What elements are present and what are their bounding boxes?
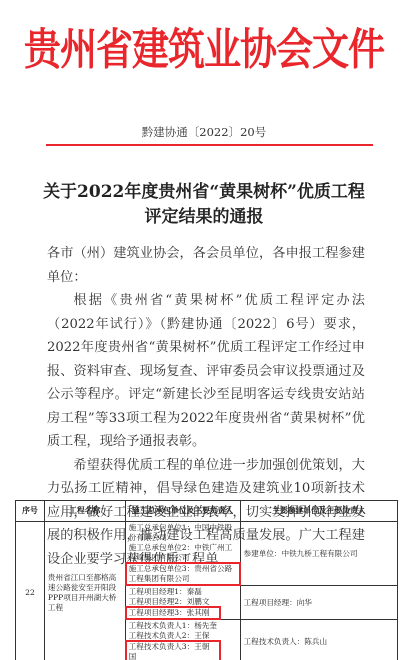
contractor-2: 施工总承包单位2：中铁广州工程局集团有限公司: [129, 543, 237, 563]
contractor-1: 施工总承包单位1：中国中铁股份有限公司: [129, 523, 237, 543]
table-row: 22 贵州省江口至都格高速公路瓮安至开阳段PPP项目开州湖大桥工程 施工总承包单…: [16, 522, 398, 586]
award-table: 序号 工程名称 施工总承包单位及主要负责人 主要参建单位及主要负责人 22 贵州…: [15, 500, 398, 660]
managers-cell: 工程项目经理1：秦磊 工程项目经理2：刘鹏文 工程项目经理3：张其刚: [125, 586, 240, 620]
header-project-name: 工程名称: [44, 501, 125, 522]
contractors-cell: 施工总承包单位1：中国中铁股份有限公司 施工总承包单位2：中铁广州工程局集团有限…: [125, 522, 240, 586]
header-contractor: 施工总承包单位及主要负责人: [125, 501, 240, 522]
tech-lead-3-highlighted: 工程技术负责人3：王朝国: [126, 641, 220, 660]
document-title: 关于2022年度贵州省“黄果树杯”优质工程 评定结果的通报: [0, 180, 408, 230]
project-name: 贵州省江口至都格高速公路瓮安至开阳段PPP项目开州湖大桥工程: [45, 572, 125, 614]
red-divider-line: [46, 144, 373, 146]
table-header-row: 序号 工程名称 施工总承包单位及主要负责人 主要参建单位及主要负责人: [16, 501, 398, 522]
contractor-3-highlighted: 施工总承包单位3：贵州省公路工程集团有限公司: [126, 563, 240, 585]
document-masthead: 贵州省建筑业协会文件: [0, 14, 408, 78]
tech-leads-cell: 工程技术负责人1：杨先奎 工程技术负责人2：王保 工程技术负责人3：王朝国: [125, 620, 240, 660]
participant-tech-lead: 工程技术负责人：陈兵山: [241, 636, 397, 648]
manager-1: 工程项目经理1：秦磊: [129, 587, 237, 597]
participant-manager-cell: 工程项目经理：向华: [240, 586, 397, 620]
participant-tech-lead-cell: 工程技术负责人：陈兵山: [240, 620, 397, 660]
title-line-1: 关于2022年度贵州省“黄果树杯”优质工程: [0, 180, 408, 205]
manager-2: 工程项目经理2：刘鹏文: [129, 597, 237, 607]
row-index: 22: [16, 522, 45, 660]
paragraph-1: 根据《贵州省“黄果树杯”优质工程评定办法（2022年试行）》（黔建协通〔2022…: [47, 289, 365, 454]
participant-unit: 参建单位：中铁九桥工程有限公司: [241, 548, 397, 560]
salutation: 各市（州）建筑业协会，各会员单位，各申报工程参建单位：: [47, 242, 365, 289]
header-index: 序号: [16, 501, 45, 522]
document-number: 黔建协通〔2022〕20号: [0, 124, 408, 140]
title-line-2: 评定结果的通报: [0, 205, 408, 230]
manager-3-highlighted: 工程项目经理3：张其刚: [126, 607, 220, 619]
participant-unit-cell: 参建单位：中铁九桥工程有限公司: [240, 522, 397, 586]
tech-lead-1: 工程技术负责人1：杨先奎: [129, 621, 237, 631]
participant-manager: 工程项目经理：向华: [241, 597, 397, 609]
header-participant: 主要参建单位及主要负责人: [240, 501, 397, 522]
project-name-cell: 贵州省江口至都格高速公路瓮安至开阳段PPP项目开州湖大桥工程: [44, 522, 125, 660]
tech-lead-2: 工程技术负责人2：王保: [129, 631, 237, 641]
